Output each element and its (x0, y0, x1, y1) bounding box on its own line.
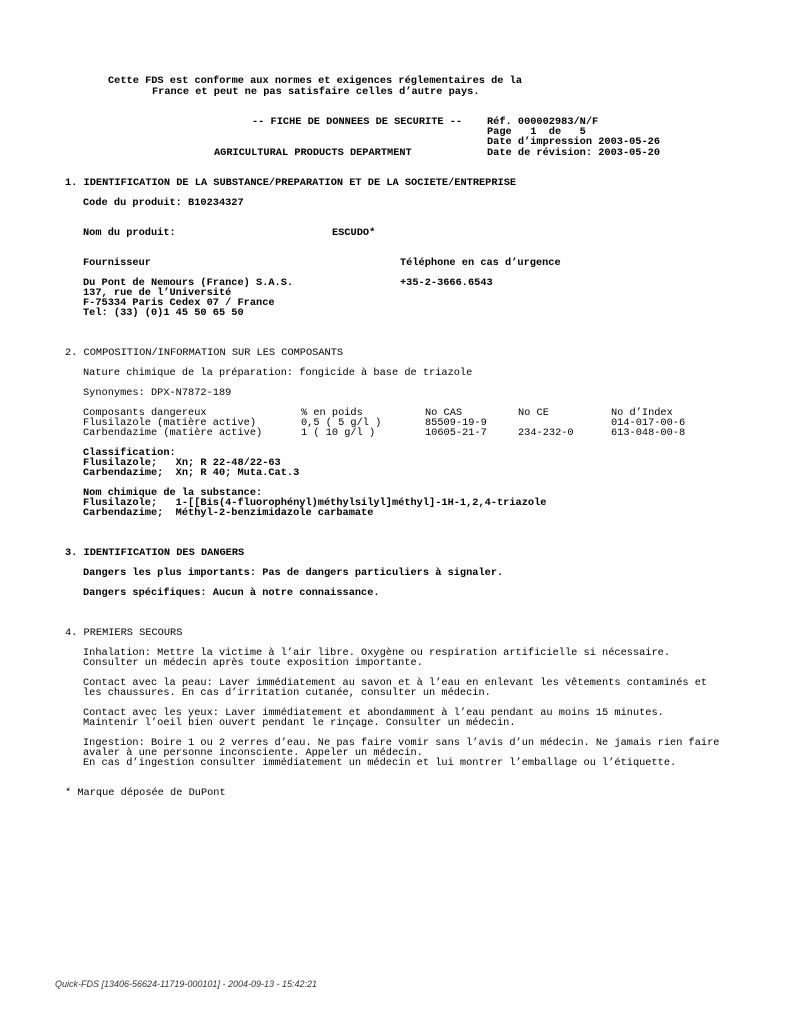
trademark-note: * Marque déposée de DuPont (65, 788, 226, 798)
product-code: Code du produit: B10234327 (83, 198, 244, 208)
table-cell: 10605-21-7 (425, 428, 487, 438)
revision-date: Date de révision: 2003-05-20 (487, 148, 660, 158)
classification-line: Carbendazime; Xn; R 40; Muta.Cat.3 (83, 468, 299, 478)
emergency-phone: +35-2-3666.6543 (400, 278, 493, 288)
emergency-phone-label: Téléphone en cas d’urgence (400, 258, 561, 268)
section-2-heading: 2. COMPOSITION/INFORMATION SUR LES COMPO… (65, 348, 343, 358)
eye-contact-line: Maintenir l’oeil bien ouvert pendant le … (83, 718, 516, 728)
inhalation-line: Consulter un médecin après toute exposit… (83, 658, 423, 668)
table-cell: 613-048-00-8 (611, 428, 685, 438)
document-footer: Quick-FDS [13406-56624-11719-000101] - 2… (55, 979, 317, 989)
table-cell: 1 ( 10 g/l ) (301, 428, 375, 438)
ingestion-line: En cas d’ingestion consulter immédiateme… (83, 758, 676, 768)
product-name-label: Nom du produit: (83, 228, 176, 238)
section-4-heading: 4. PREMIERS SECOURS (65, 628, 182, 638)
product-name: ESCUDO* (332, 228, 375, 238)
print-date: Date d’impression 2003-05-26 (487, 137, 660, 147)
conformity-notice-line-2: France et peut ne pas satisfaire celles … (152, 87, 480, 97)
document-title: -- FICHE DE DONNEES DE SECURITE -- (252, 117, 462, 127)
chemical-name-line: Carbendazime; Méthyl-2-benzimidazole car… (83, 508, 373, 518)
table-cell: Carbendazime (matière active) (83, 428, 262, 438)
section-1-heading: 1. IDENTIFICATION DE LA SUBSTANCE/PREPAR… (65, 178, 516, 188)
conformity-notice-line-1: Cette FDS est conforme aux normes et exi… (108, 76, 522, 86)
table-cell: 234-232-0 (518, 428, 574, 438)
main-dangers: Dangers les plus importants: Pas de dang… (83, 568, 503, 578)
table-header-cell: No CE (518, 408, 549, 418)
supplier-address-line: Tel: (33) (0)1 45 50 65 50 (83, 308, 244, 318)
chemical-nature: Nature chimique de la préparation: fongi… (83, 368, 472, 378)
specific-dangers: Dangers spécifiques: Aucun à notre conna… (83, 588, 380, 598)
synonyms: Synonymes: DPX-N7872-189 (83, 388, 231, 398)
section-3-heading: 3. IDENTIFICATION DES DANGERS (65, 548, 244, 558)
supplier-label: Fournisseur (83, 258, 151, 268)
skin-contact-line: les chaussures. En cas d’irritation cuta… (83, 688, 491, 698)
department-name: AGRICULTURAL PRODUCTS DEPARTMENT (214, 148, 412, 158)
